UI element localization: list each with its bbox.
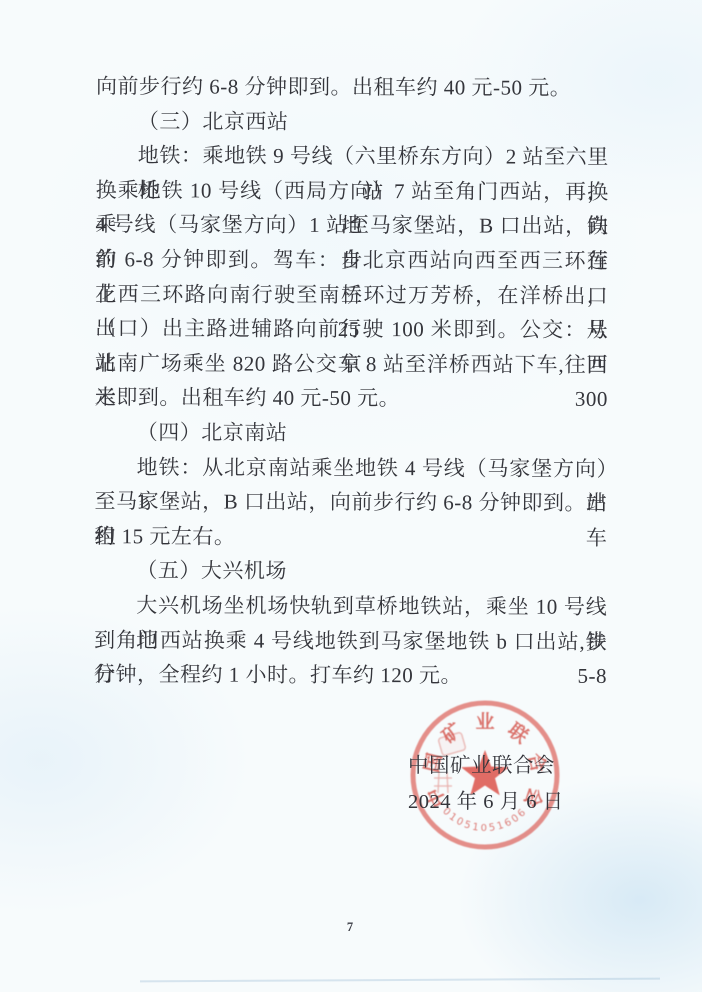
body-line: 上西三环路向南行驶至南三环过万芳桥，在洋桥出口（25 号 [95,277,608,313]
body-line: 出口）出主路进辅路向前行驶 100 米即到。公交：从北京西 [95,311,608,347]
signature-date: 2024 年 6 月 6 日 [408,785,564,821]
body-line: 站南广场乘坐 820 路公交车 8 站至洋桥西站下车,往回走 300 [95,346,608,382]
signature-org: 中国矿业联合会 [408,749,564,785]
body-line: 换乘地铁 10 号线（西局方向）7 站至角门西站，再换乘地铁 [96,173,609,209]
seal-arc-char: 联 [504,718,533,748]
body-line: （五）大兴机场 [94,553,607,589]
page-number: 7 [340,920,360,935]
scanned-document-page: { "document": { "body_lines": [ { "text"… [0,0,702,992]
body-line: 4 号线（马家堡方向）1 站至马家堡站，B 口出站，向前步行 [95,207,608,243]
body-line: 向前步行约 6-8 分钟即到。出租车约 40 元-50 元。 [96,69,609,105]
body-line: 大兴机场坐机场快轨到草桥地铁站，乘坐 10 号线地铁 [94,588,607,624]
seal-arc-char: 业 [475,711,494,733]
scan-artifact-streak [140,978,660,983]
body-line: 地铁：乘地铁 9 号线（六里桥东方向）2 站至六里桥站， [96,138,609,174]
body-line: （四）北京南站 [95,415,608,451]
body-line: 地铁：从北京南站乘坐地铁 4 号线（马家堡方向）1 站 [95,450,608,486]
body-line: 至马家堡站，B 口出站，向前步行约 6-8 分钟即到。出租车 [95,484,608,520]
body-line: 约 6-8 分钟即到。驾车：自北京西站向西至西三环莲花桥， [95,242,608,278]
body-text: 向前步行约 6-8 分钟即到。出租车约 40 元-50 元。（三）北京西站地铁：… [94,69,609,693]
signature-block: 中国矿业联合会 2024 年 6 月 6 日 [408,749,564,820]
body-line: （三）北京西站 [96,104,609,140]
body-line: 到角门西站换乘 4 号线地铁到马家堡地铁 b 口出站,步行 5-8 [94,623,607,659]
